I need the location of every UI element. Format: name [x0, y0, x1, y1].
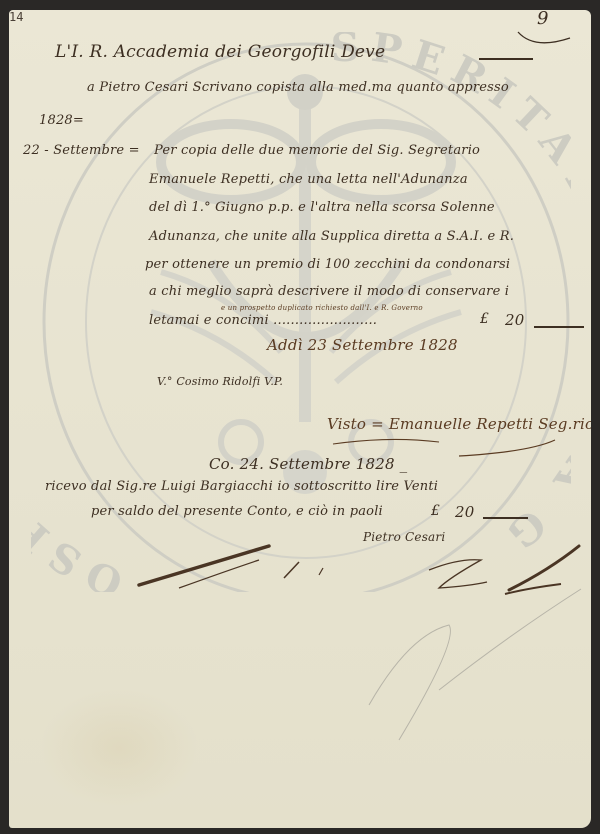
interlinear-note: e un prospetto duplicato richiesto dall'…: [221, 304, 423, 312]
header-line-1: L'I. R. Accademia dei Georgofili Deve: [55, 42, 385, 62]
approval-ridolfi: V.° Cosimo Ridolfi V.P.: [157, 375, 283, 388]
entry-amount: 20: [505, 311, 525, 329]
amount-rule: [534, 326, 584, 328]
header-line-2: a Pietro Cesari Scrivano copista alla me…: [87, 80, 509, 95]
dated-line: Addì 23 Settembre 1828: [267, 336, 458, 354]
page-number-flourish: [514, 24, 574, 54]
document-page: OSPERITA SPERITAT PVBLICA GE 9 L'I. R. A…: [9, 10, 591, 828]
receipt-line-2: per saldo del presente Conto, e ciò in p…: [91, 504, 383, 519]
receipt-currency: £: [431, 503, 440, 519]
entry-line-4: Adunanza, che unite alla Supplica dirett…: [149, 229, 514, 244]
entry-line-6: a chi meglio saprà descrivere il modo di…: [149, 284, 509, 299]
receipt-date: Co. 24. Settembre 1828 _: [209, 455, 407, 473]
folio-number: 14: [9, 10, 591, 24]
entry-year: 1828=: [39, 113, 84, 128]
receipt-amount-rule: [483, 517, 528, 519]
receipt-line-1: ricevo dal Sig.re Luigi Bargiacchi io so…: [45, 479, 438, 494]
entry-line-7: letamai e concimi ......................…: [149, 313, 377, 328]
receipt-amount: 20: [455, 503, 475, 521]
header-rule: [479, 58, 533, 60]
entry-line-3: del dì 1.° Giugno p.p. e l'altra nella s…: [149, 200, 495, 215]
entry-currency: £: [480, 311, 489, 327]
entry-line-2: Emanuele Repetti, che una letta nell'Adu…: [149, 172, 468, 187]
entry-line-1: Per copia delle due memorie del Sig. Seg…: [154, 143, 480, 158]
entry-date: 22 - Settembre =: [23, 143, 140, 158]
pencil-mark: [349, 585, 589, 755]
entry-line-5: per ottenere un premio di 100 zecchini d…: [145, 257, 510, 272]
